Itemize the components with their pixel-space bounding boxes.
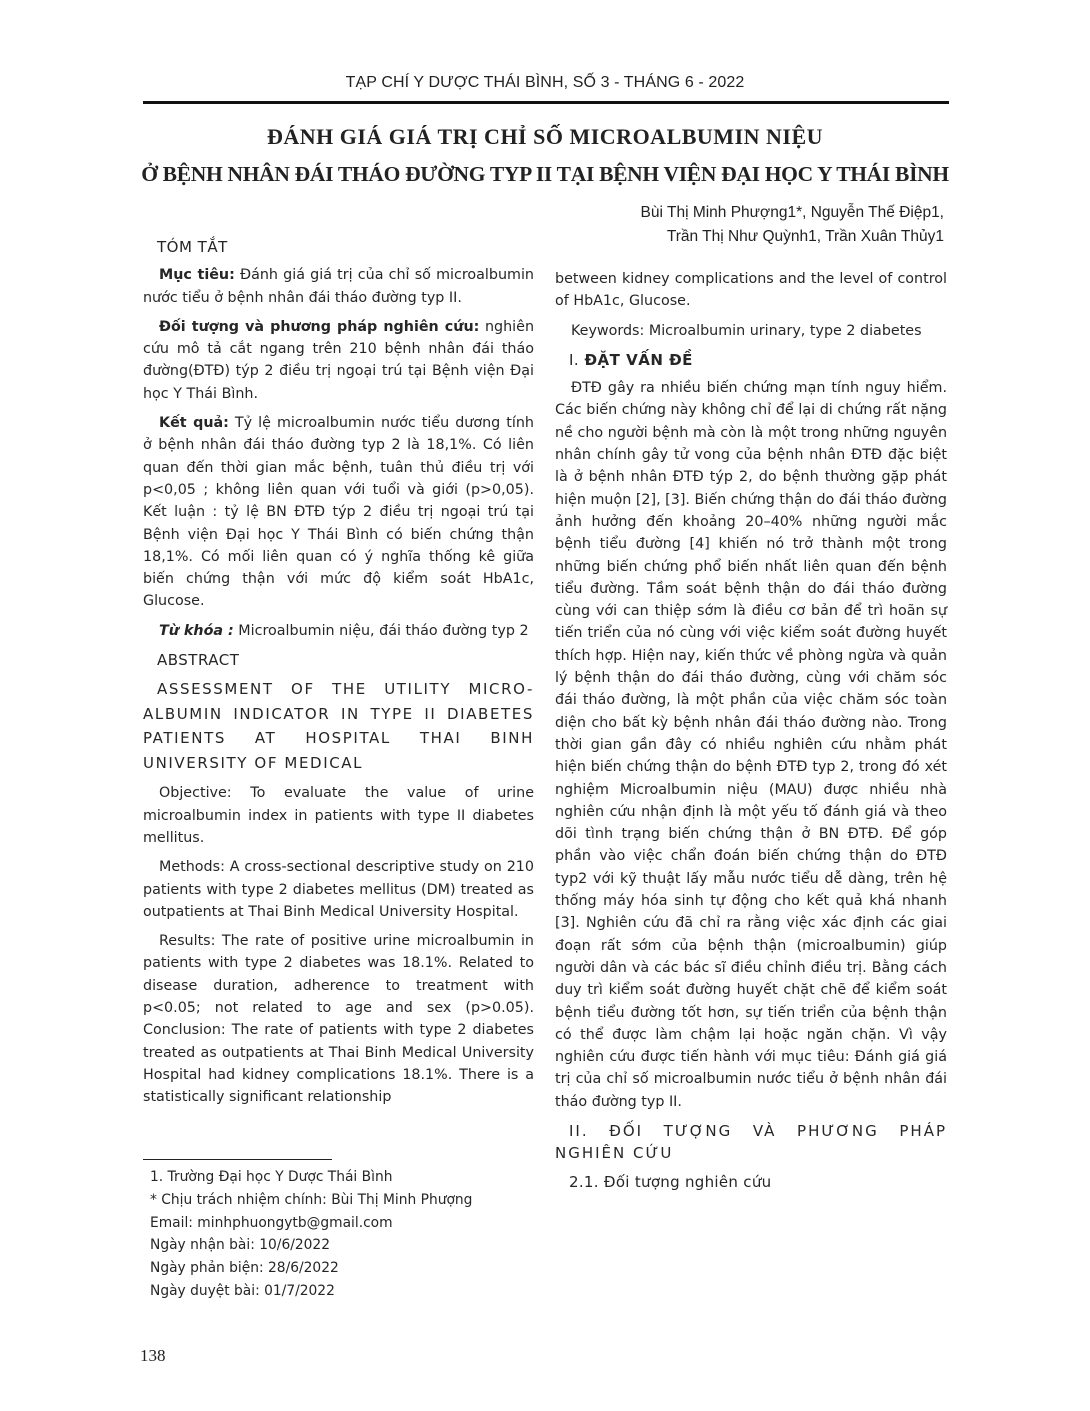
author-line-1: Bùi Thị Minh Phượng1*, Nguyễn Thế Điệp1, <box>641 201 944 225</box>
keywords-text: Microalbumin niệu, đái tháo đường typ 2 <box>234 623 529 639</box>
summary-subjects: Đối tượng và phương pháp nghiên cứu: ngh… <box>143 316 534 405</box>
abstract-heading: ABSTRACT <box>143 649 534 671</box>
section-1-heading: I. ĐẶT VẤN ĐỀ <box>555 349 947 371</box>
header-rule <box>143 101 949 104</box>
section-1-title: ĐẶT VẤN ĐỀ <box>584 351 692 369</box>
footnote-corresponding: * Chịu trách nhiệm chính: Bùi Thị Minh P… <box>150 1189 472 1212</box>
abstract-objective: Objective: To evaluate the value of urin… <box>143 782 534 849</box>
footnote-accepted: Ngày duyệt bài: 01/7/2022 <box>150 1280 472 1303</box>
page-number: 138 <box>140 1346 166 1366</box>
subjects-label: Đối tượng và phương pháp nghiên cứu: <box>159 319 479 335</box>
summary-objective: Mục tiêu: Đánh giá giá trị của chỉ số mi… <box>143 264 534 309</box>
abstract-keywords: Keywords: Microalbumin urinary, type 2 d… <box>555 320 947 342</box>
summary-results: Kết quả: Tỷ lệ microalbumin nước tiểu dư… <box>143 412 534 613</box>
footnote-received: Ngày nhận bài: 10/6/2022 <box>150 1234 472 1257</box>
article-title-line-1: ĐÁNH GIÁ GIÁ TRỊ CHỈ SỐ MICROALBUMIN NIỆ… <box>0 124 1090 150</box>
abstract-results-continued: between kidney complications and the lev… <box>555 268 947 313</box>
journal-running-header: TẠP CHÍ Y DƯỢC THÁI BÌNH, SỐ 3 - THÁNG 6… <box>0 74 1090 92</box>
footnotes: 1. Trường Đại học Y Dược Thái Bình * Chị… <box>150 1166 472 1303</box>
abstract-title: ASSESSMENT OF THE UTILITY MICRO-ALBUMIN … <box>143 677 534 775</box>
section-1-paragraph: ĐTĐ gây ra nhiều biến chứng mạn tính ngu… <box>555 377 947 1113</box>
en-keywords-text: Microalbumin urinary, type 2 diabetes <box>644 323 921 339</box>
summary-keywords: Từ khóa : Microalbumin niệu, đái tháo đư… <box>143 620 534 642</box>
author-line-2: Trần Thị Như Quỳnh1, Trần Xuân Thủy1 <box>641 225 944 249</box>
section-2-heading: II. ĐỐI TƯỢNG VÀ PHƯƠNG PHÁP NGHIÊN CỨU <box>555 1120 947 1165</box>
footnote-email: Email: minhphuongytb@gmail.com <box>150 1212 472 1235</box>
left-column: TÓM TẮT Mục tiêu: Đánh giá giá trị của c… <box>143 236 534 1109</box>
en-keywords-label: Keywords: <box>571 323 644 339</box>
footnote-reviewed: Ngày phản biện: 28/6/2022 <box>150 1257 472 1280</box>
section-1-number: I. <box>569 351 584 369</box>
right-column: between kidney complications and the lev… <box>555 268 947 1199</box>
objective-label: Mục tiêu: <box>159 267 235 283</box>
section-2-1-heading: 2.1. Đối tượng nghiên cứu <box>555 1171 947 1193</box>
abstract-methods: Methods: A cross-sectional descriptive s… <box>143 856 534 923</box>
summary-heading: TÓM TẮT <box>143 236 534 258</box>
results-label: Kết quả: <box>159 415 229 431</box>
results-text: Tỷ lệ microalbumin nước tiểu dương tính … <box>143 415 534 609</box>
footnote-rule <box>143 1159 332 1160</box>
footnote-affiliation: 1. Trường Đại học Y Dược Thái Bình <box>150 1166 472 1189</box>
author-list: Bùi Thị Minh Phượng1*, Nguyễn Thế Điệp1,… <box>641 201 944 249</box>
article-title-line-2: Ở BỆNH NHÂN ĐÁI THÁO ĐƯỜNG TYP II TẠI BỆ… <box>0 162 1090 187</box>
keywords-label: Từ khóa : <box>159 623 234 639</box>
abstract-results: Results: The rate of positive urine micr… <box>143 930 534 1108</box>
